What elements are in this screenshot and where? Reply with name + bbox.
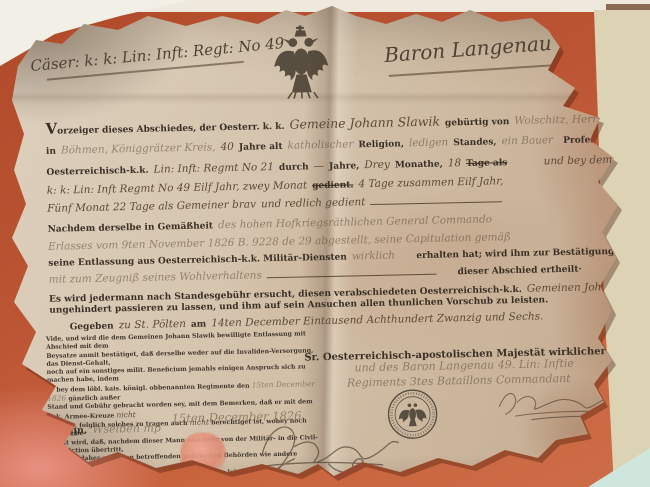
printed-text: Oesterreichisch-k.k. [46,166,148,178]
printed-text-struck: Tage als [466,158,507,169]
handwritten-text: 4 Tage zusammen Eilf Jahr, [358,175,503,190]
printed-text: in [46,147,56,157]
handwritten-text: Lin: Inft: Regmt No 21 [153,161,274,176]
printed-text: am [191,320,207,330]
ink-rule [267,266,437,279]
handwritten-text: und redlich gedient [261,196,366,210]
handwritten-text: ledigen [409,136,449,149]
printed-text: Jahre alt [239,142,283,153]
printed-text: Vorzeiger dieses Abschiedes, der Oesterr… [45,122,284,137]
printed-text: gebürtig von [445,117,510,128]
handwritten-text: — [313,160,324,172]
handwritten-text: k: k: Lin: Inft Regmt No 49 Eilf Jahr, z… [47,179,308,196]
discharge-text-line: in Böhmen, Königgrätzer Kreis, 40 Jahre … [46,133,612,157]
drop-cap: V [45,120,57,138]
printed-text-struck: gedient. [312,180,353,191]
handwritten-text: Fünf Monat 22 Tage als Gemeiner brav [47,198,256,214]
printed-text: Jahre, [329,161,359,172]
printed-text: seine Entlassung aus Oesterreichisch-k.k… [48,253,347,269]
imperial-eagle-icon [271,24,331,101]
ink-rule [370,193,502,205]
printed-text: dieser Abschied ertheilt· [457,265,581,278]
handwritten-text: 14ten December Eintausend Achthundert Zw… [211,310,543,329]
printed-text: Nachdem derselbe in Gemäßheit [48,221,214,234]
sign-line: Sign. Wselben mp [60,416,161,437]
photograph: Cäser: k: k: Lin: Inft: Regt: No 49 Baro… [0,0,650,487]
handwritten-signature-name: Wselben mp [92,421,161,435]
printed-text: Religion, [358,139,404,150]
handwritten-name: Gemeine Johann Slawik [289,114,440,132]
handwritten-text: 18 [448,157,462,169]
owner-inscription: Baron Langenau [383,31,552,67]
handwritten-text: Böhmen, Königgrätzer Kreis, [61,141,216,156]
printed-text: Standes, [453,137,496,148]
handwritten-text: ein Bauer [501,134,553,147]
handwritten-text: katholischer [287,138,353,151]
handwritten-text: mit zum Zeugniß seines Wohlverhaltens [49,269,262,285]
handwritten-text: des hohen Hofkriegsräthlichen General Co… [218,213,492,231]
printed-text: Gegeben [70,321,114,332]
handwritten-text: 40 [220,141,234,153]
printed-text: durch [279,162,309,173]
spacer [512,165,538,166]
handwritten-text: wirklich [352,250,395,263]
handwritten-text: und bey dem [544,154,613,167]
handwritten-text: Drey [364,159,390,172]
handwritten-text: zu St. Pölten [119,318,186,331]
discharge-document: Cäser: k: k: Lin: Inft: Regt: No 49 Baro… [0,0,650,487]
printed-text: erhalten hat; wird ihm zur Bestätigung [416,247,614,261]
printed-text: Monathe, [395,160,443,171]
discharge-text-line: Vorzeiger dieses Abschiedes, der Oesterr… [45,110,611,137]
document-ink-layer: Cäser: k: k: Lin: Inft: Regt: No 49 Baro… [0,0,650,487]
